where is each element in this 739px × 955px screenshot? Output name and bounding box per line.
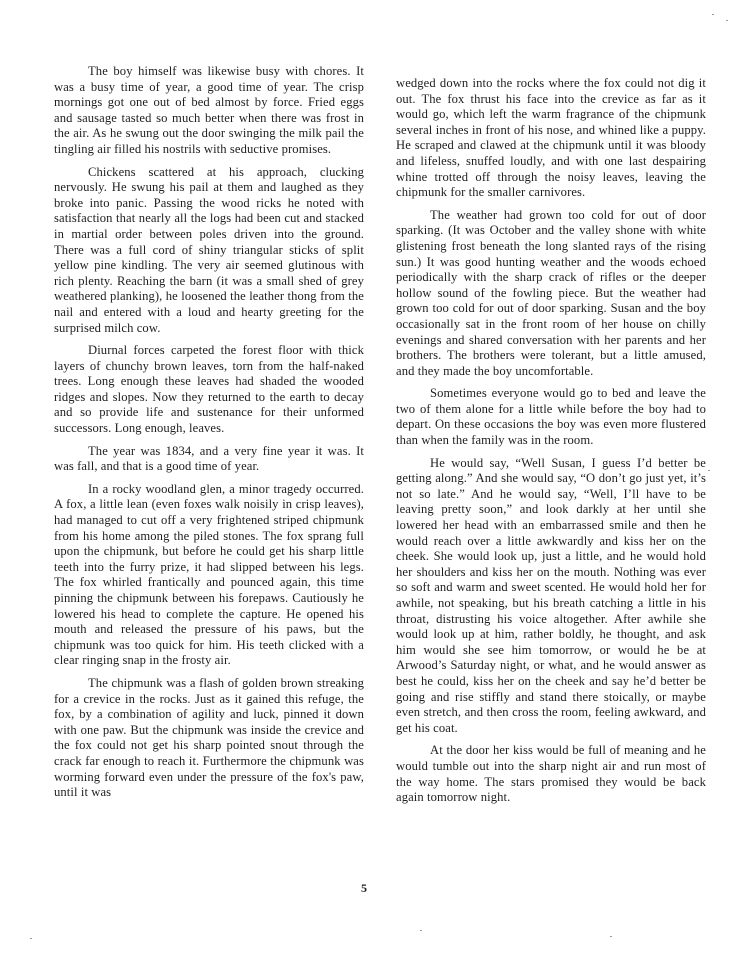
left-column: The boy himself was likewise busy with c… [54,64,364,808]
right-column: wedged down into the rocks where the fox… [396,76,706,813]
paragraph: Chickens scattered at his approach, cluc… [54,165,364,337]
scan-speck [726,20,728,21]
paragraph: He would say, “Well Susan, I guess I’d b… [396,456,706,737]
paragraph: Diurnal forces carpeted the forest floor… [54,343,364,437]
page-number: 5 [361,881,367,896]
scan-speck [712,14,714,15]
document-page: The boy himself was likewise busy with c… [0,0,739,955]
paragraph: Sometimes everyone would go to bed and l… [396,386,706,448]
paragraph: The weather had grown too cold for out o… [396,208,706,380]
paragraph: The year was 1834, and a very fine year … [54,444,364,475]
paragraph: The boy himself was likewise busy with c… [54,64,364,158]
scan-speck [708,470,710,471]
scan-speck [420,930,422,931]
paragraph-continuation: wedged down into the rocks where the fox… [396,76,706,201]
paragraph: The chipmunk was a flash of golden brown… [54,676,364,801]
scan-speck [30,938,32,939]
paragraph: At the door her kiss would be full of me… [396,743,706,805]
paragraph: In a rocky woodland glen, a minor traged… [54,482,364,669]
scan-speck [610,936,612,937]
